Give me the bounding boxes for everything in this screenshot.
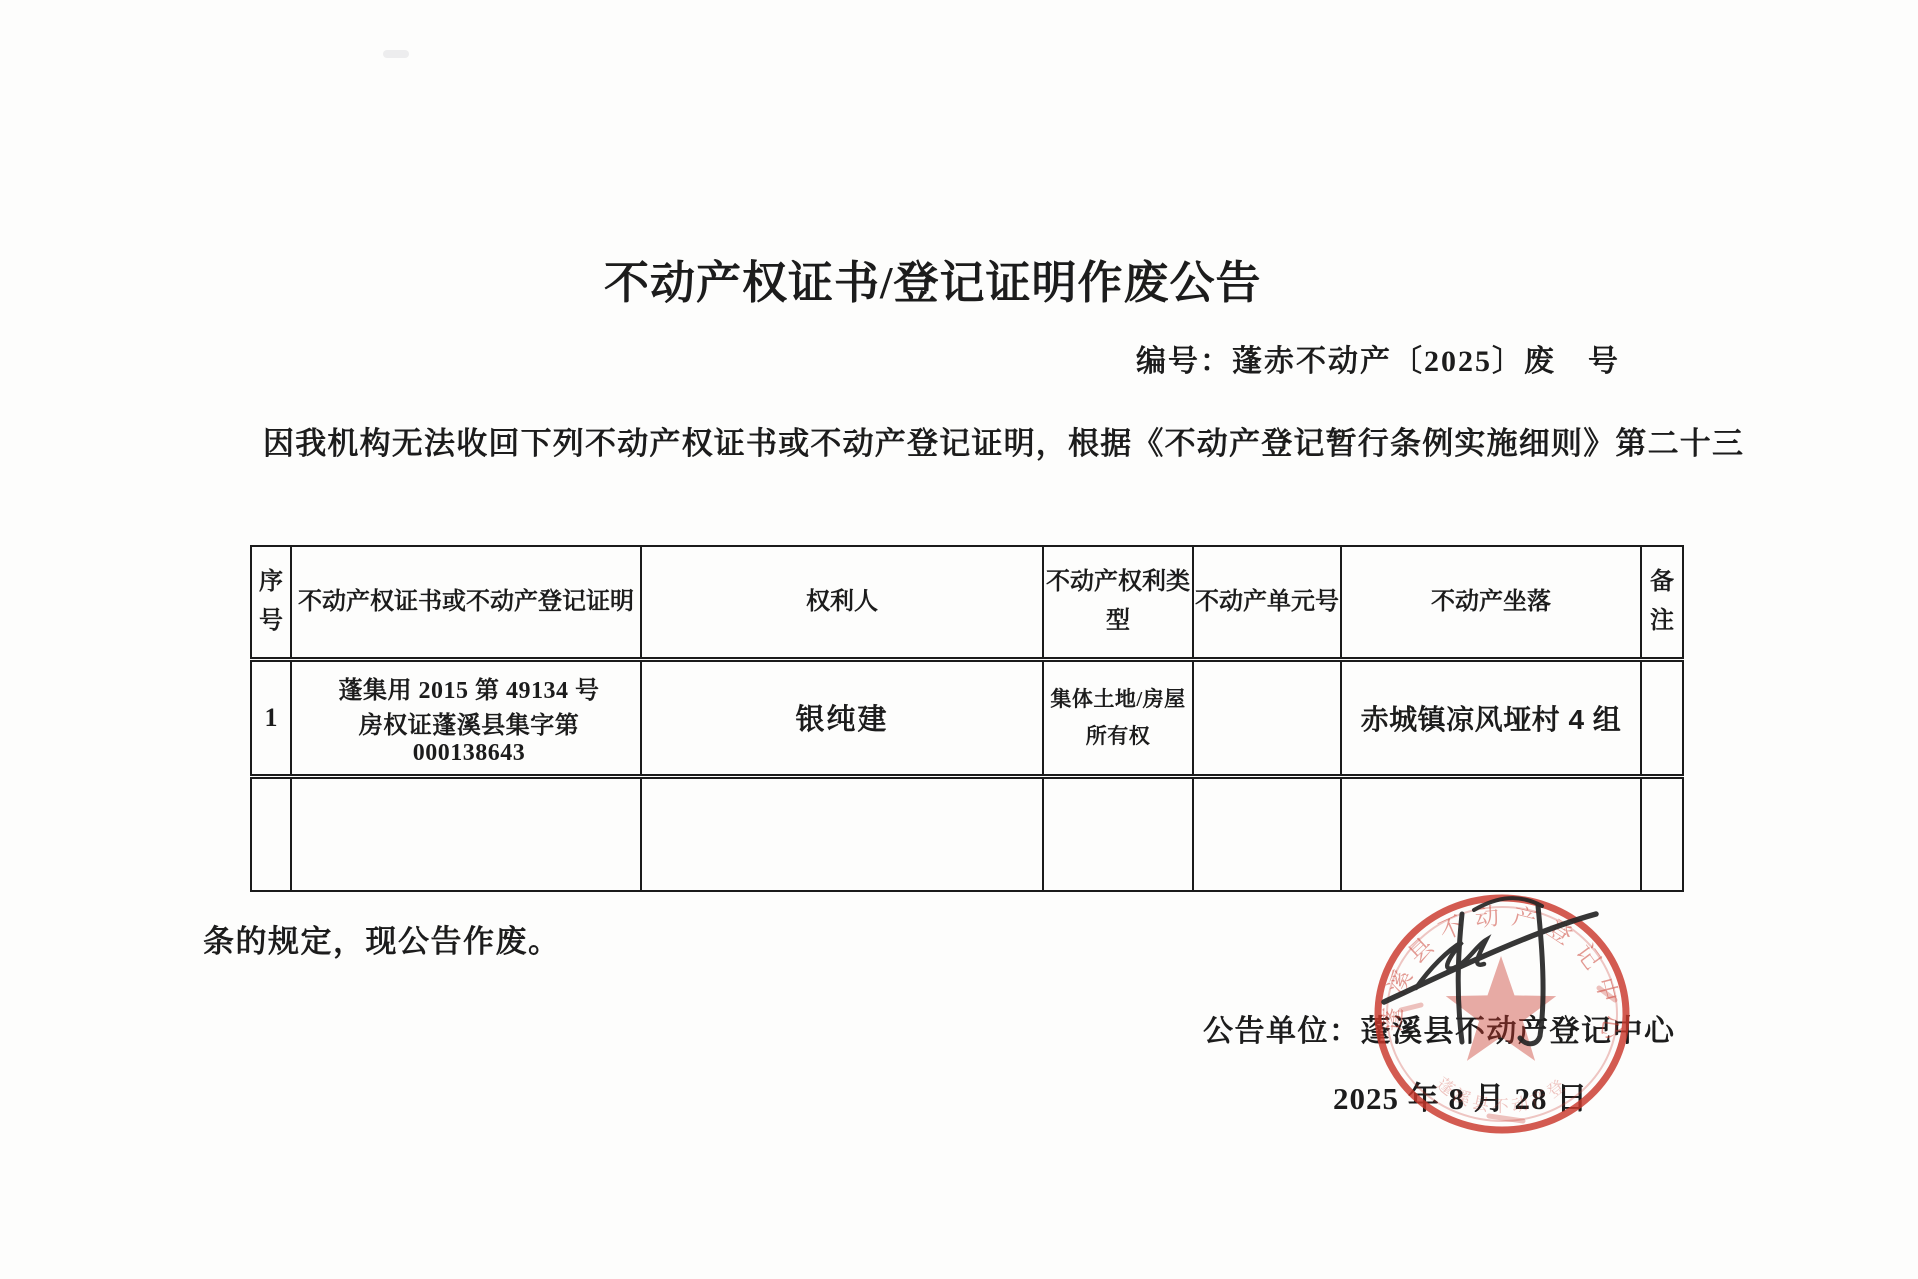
signature-vertical-stroke-right [1520, 906, 1543, 1044]
header-location: 不动产坐落 [1341, 546, 1641, 659]
cell-holder [641, 776, 1043, 891]
certificate-line-1: 蓬集用 2015 第 49134 号 [302, 670, 636, 705]
signature-vertical-stroke-left [1458, 914, 1462, 1042]
header-right-type: 不动产权利类型 [1043, 546, 1193, 659]
table-row-1: 1 蓬集用 2015 第 49134 号 房权证蓬溪县集字第 000138643… [251, 659, 1683, 776]
scanned-document-page: 不动产权证书/登记证明作废公告 编号：蓬赤不动产〔2025〕废 号 因我机构无法… [0, 0, 1918, 1279]
certificate-lines: 蓬集用 2015 第 49134 号 房权证蓬溪县集字第 000138643 [292, 662, 640, 774]
table-row-2-empty [251, 776, 1683, 891]
cell-holder: 银纯建 [641, 659, 1043, 776]
handwritten-signature [1368, 882, 1648, 1067]
cell-location [1341, 776, 1641, 891]
header-index: 序号 [251, 546, 291, 659]
cell-index [251, 776, 291, 891]
cell-certificate [291, 776, 641, 891]
cell-remark [1641, 776, 1683, 891]
intro-paragraph: 因我机构无法收回下列不动产权证书或不动产登记证明，根据《不动产登记暂行条例实施细… [263, 418, 1744, 463]
cell-location: 赤城镇凉风垭村 4 组 [1341, 659, 1641, 776]
certificate-line-2: 房权证蓬溪县集字第 000138643 [302, 705, 636, 767]
cell-index: 1 [251, 659, 291, 776]
cell-unit-no [1193, 776, 1341, 891]
table-header-row: 序号 不动产权证书或不动产登记证明 权利人 不动产权利类型 不动产单元号 不动产… [251, 546, 1683, 659]
document-title: 不动产权证书/登记证明作废公告 [604, 246, 1262, 311]
doc-number-line: 编号：蓬赤不动产〔2025〕废 号 [1136, 336, 1620, 380]
signature-top-arc [1474, 898, 1542, 910]
cell-remark [1641, 659, 1683, 776]
cell-right-type: 集体土地/房屋所有权 [1043, 659, 1193, 776]
cell-right-type [1043, 776, 1193, 891]
invalidation-table: 序号 不动产权证书或不动产登记证明 权利人 不动产权利类型 不动产单元号 不动产… [250, 545, 1684, 892]
cell-certificate: 蓬集用 2015 第 49134 号 房权证蓬溪县集字第 000138643 [291, 659, 641, 776]
closing-line: 条的规定，现公告作废。 [203, 916, 561, 961]
header-remark: 备注 [1641, 546, 1683, 659]
scan-noise-mark [383, 50, 409, 58]
header-holder: 权利人 [641, 546, 1043, 659]
cell-unit-no [1193, 659, 1341, 776]
header-certificate: 不动产权证书或不动产登记证明 [291, 546, 641, 659]
header-unit-no: 不动产单元号 [1193, 546, 1341, 659]
